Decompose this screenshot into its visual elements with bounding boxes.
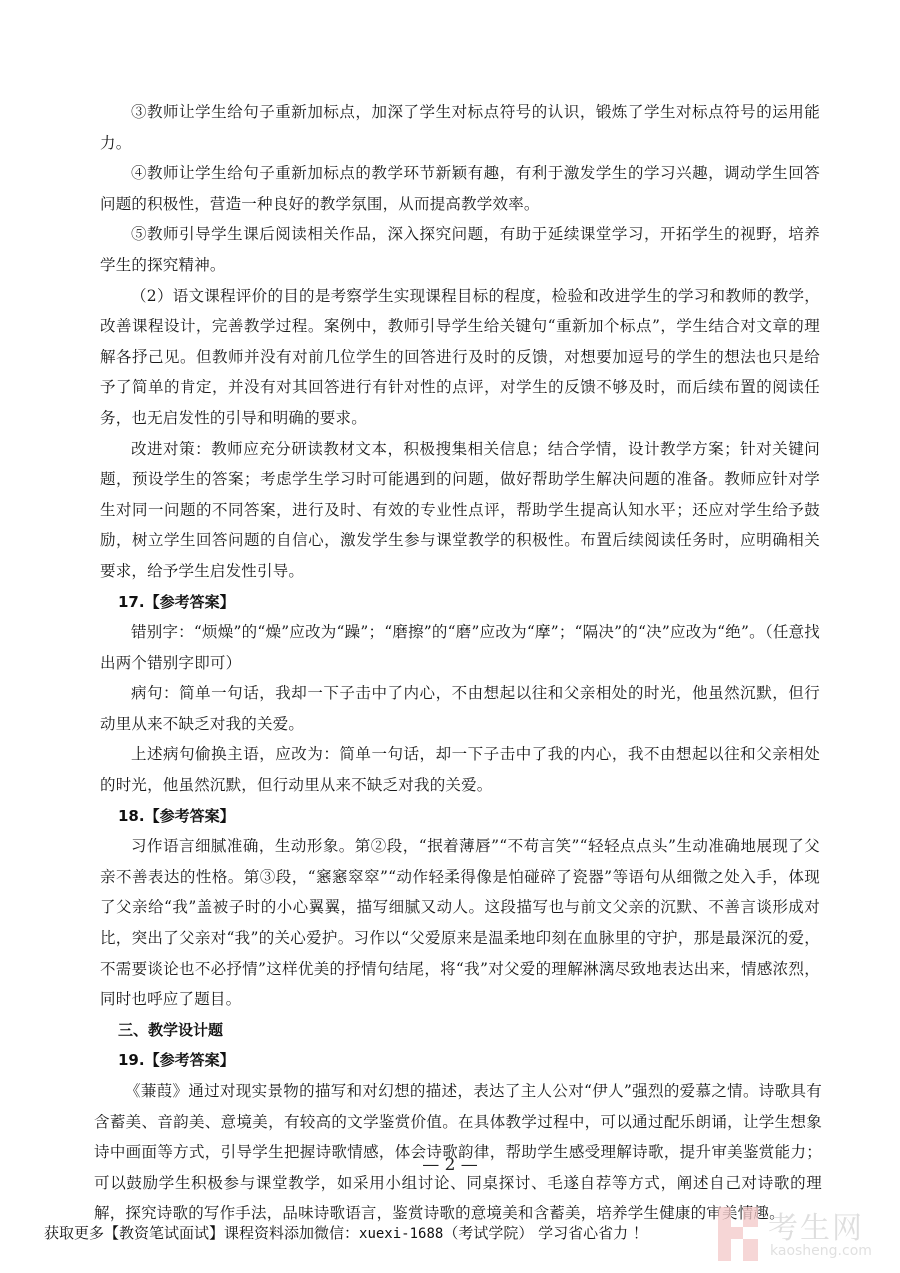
paragraph-q16-part2: （2）语文课程评价的目的是考察学生实现课程目标的程度，检验和改进学生的学习和教师… [100, 281, 820, 434]
footer-promo-prefix: 获取更多【教资笔试面试】课程资料添加微信： [44, 1224, 359, 1242]
q19-answer: 《蒹葭》通过对现实景物的描写和对幻想的描述，表达了主人公对“伊人”强烈的爱慕之情… [94, 1076, 822, 1229]
footer-promo-suffix: （考试学院） 学习省心省力 ！ [443, 1224, 648, 1242]
paragraph-q16-point5: ⑤教师引导学生课后阅读相关作品，深入探究问题，有助于延续课堂学习，开拓学生的视野… [100, 219, 820, 280]
paragraph-q16-improvement: 改进对策：教师应充分研读教材文本，积极搜集相关信息；结合学情，设计教学方案；针对… [100, 434, 820, 587]
paragraph-q16-point4: ④教师让学生给句子重新加标点的教学环节新颖有趣，有利于激发学生的学习兴趣，调动学… [100, 158, 820, 219]
watermark-title: 考生网 [768, 1203, 864, 1247]
q17-correction: 上述病句偷换主语，应改为：简单一句话，却一下子击中了我的内心，我不由想起以往和父… [100, 739, 820, 800]
footer-promo: 获取更多【教资笔试面试】课程资料添加微信：xuexi-1688（考试学院） 学习… [44, 1222, 648, 1243]
paragraph-q16-point3: ③教师让学生给句子重新加标点，加深了学生对标点符号的认识，锻炼了学生对标点符号的… [100, 97, 820, 158]
q17-typos: 错别字：“烦燥”的“燥”应改为“躁”；“磨擦”的“磨”应改为“摩”；“隔决”的“… [100, 617, 820, 678]
kaosheng-watermark: 考生网 kaosheng.com [718, 1205, 893, 1265]
q18-answer: 习作语言细腻准确，生动形象。第②段，“抿着薄唇”“不苟言笑”“轻轻点点头”生动准… [100, 831, 820, 1015]
page-number: — 2 — [0, 1155, 900, 1175]
q17-faulty-sentence: 病句：简单一句话，我却一下子击中了内心，不由想起以往和父亲相处的时光，他虽然沉默… [100, 678, 820, 739]
q17-heading: 17.【参考答案】 [100, 587, 820, 618]
q19-heading: 19.【参考答案】 [100, 1045, 820, 1076]
section3-heading: 三、教学设计题 [100, 1015, 820, 1046]
watermark-subtitle: kaosheng.com [770, 1243, 872, 1259]
q18-heading: 18.【参考答案】 [100, 801, 820, 832]
document-page: ③教师让学生给句子重新加标点，加深了学生对标点符号的认识，锻炼了学生对标点符号的… [100, 97, 820, 1229]
footer-wechat-id: xuexi-1688 [359, 1226, 443, 1242]
kaosheng-logo-icon [718, 1207, 760, 1261]
